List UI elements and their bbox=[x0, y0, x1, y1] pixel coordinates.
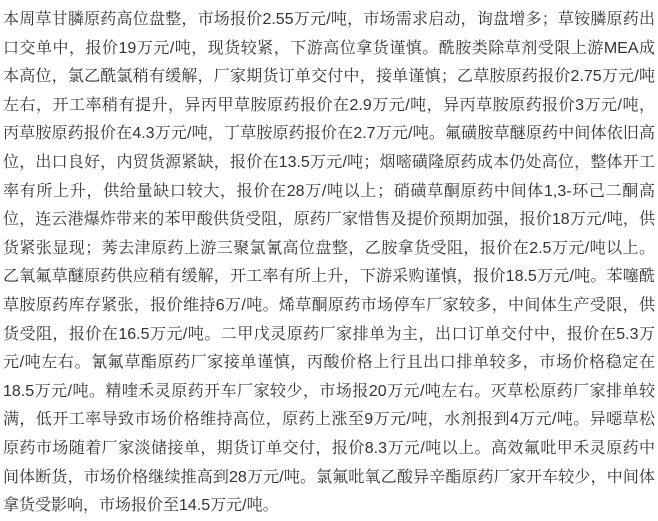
text-line: 位，连云港爆炸带来的苯甲酸供货受阻，原药厂家惜售及提价预期加强，报价18万元/吨… bbox=[3, 206, 655, 235]
text-line: 间体断货，市场价格继续推高到28万元/吨。氯氟吡氧乙酸异辛酯原药厂家开车较少，中… bbox=[3, 464, 655, 493]
text-line: 18.5万元/吨。精喹禾灵原药开车厂家较少，市场报20万元/吨左右。灭草松原药厂… bbox=[3, 378, 655, 407]
text-line: 元/吨左右。氰氟草酯原药厂家接单谨慎，丙酸价格上行且出口排单较多，市场价格稳定在 bbox=[3, 349, 655, 378]
text-line: 率有所上升，供给量缺口较大，报价在28万/吨以上；硝磺草酮原药中间体1,3-环己… bbox=[3, 178, 655, 207]
text-line: 口交单中，报价19万元/吨，现货较紧，下游高位拿货谨慎。酰胺类除草剂受限上游ME… bbox=[3, 35, 655, 64]
text-line: 货受阻，报价在16.5万元/吨。二甲戊灵原药厂家排单为主，出口订单交付中，报价在… bbox=[3, 321, 655, 350]
text-line: 本高位，氯乙酰氯稍有缓解，厂家期货订单交付中，接单谨慎；乙草胺原药报价2.75万… bbox=[3, 63, 655, 92]
text-line: 本周草甘膦原药高位盘整，市场报价2.55万元/吨，市场需求启动，询盘增多；草铵膦… bbox=[3, 6, 655, 35]
text-line: 丙草胺原药报价在4.3万元/吨，丁草胺原药报价在2.7万元/吨。氟磺胺草醚原药中… bbox=[3, 120, 655, 149]
text-line: 原药市场随着厂家淡储接单，期货订单交付，报价8.3万元/吨以上。高效氟吡甲禾灵原… bbox=[3, 435, 655, 464]
report-body: 本周草甘膦原药高位盘整，市场报价2.55万元/吨，市场需求启动，询盘增多；草铵膦… bbox=[3, 6, 655, 521]
text-line: 满，低开工率导致市场价格维持高位，原药上涨至9万元/吨，水剂报到4万元/吨。异噁… bbox=[3, 406, 655, 435]
text-line: 草胺原药库存紧张，报价维持6万/吨。烯草酮原药市场停车厂家较多，中间体生产受限，… bbox=[3, 292, 655, 321]
text-line: 乙氧氟草醚原药供应稍有缓解，开工率有所上升，下游采购谨慎，报价18.5万元/吨。… bbox=[3, 263, 655, 292]
text-line: 左右，开工率稍有提升，异丙甲草胺原药报价在2.9万元/吨，异丙草胺原药报价3万元… bbox=[3, 92, 655, 121]
report-page: 本周草甘膦原药高位盘整，市场报价2.55万元/吨，市场需求启动，询盘增多；草铵膦… bbox=[0, 0, 658, 521]
text-line: 货紧张显现；莠去津原药上游三聚氯氰高位盘整，乙胺拿货受阻，报价在2.5万元/吨以… bbox=[3, 235, 655, 264]
text-line: 拿货受影响，市场报价至14.5万元/吨。 bbox=[3, 492, 655, 521]
text-line: 位，出口良好，内贸货源紧缺，报价在13.5万元/吨；烟嘧磺隆原药成本仍处高位，整… bbox=[3, 149, 655, 178]
